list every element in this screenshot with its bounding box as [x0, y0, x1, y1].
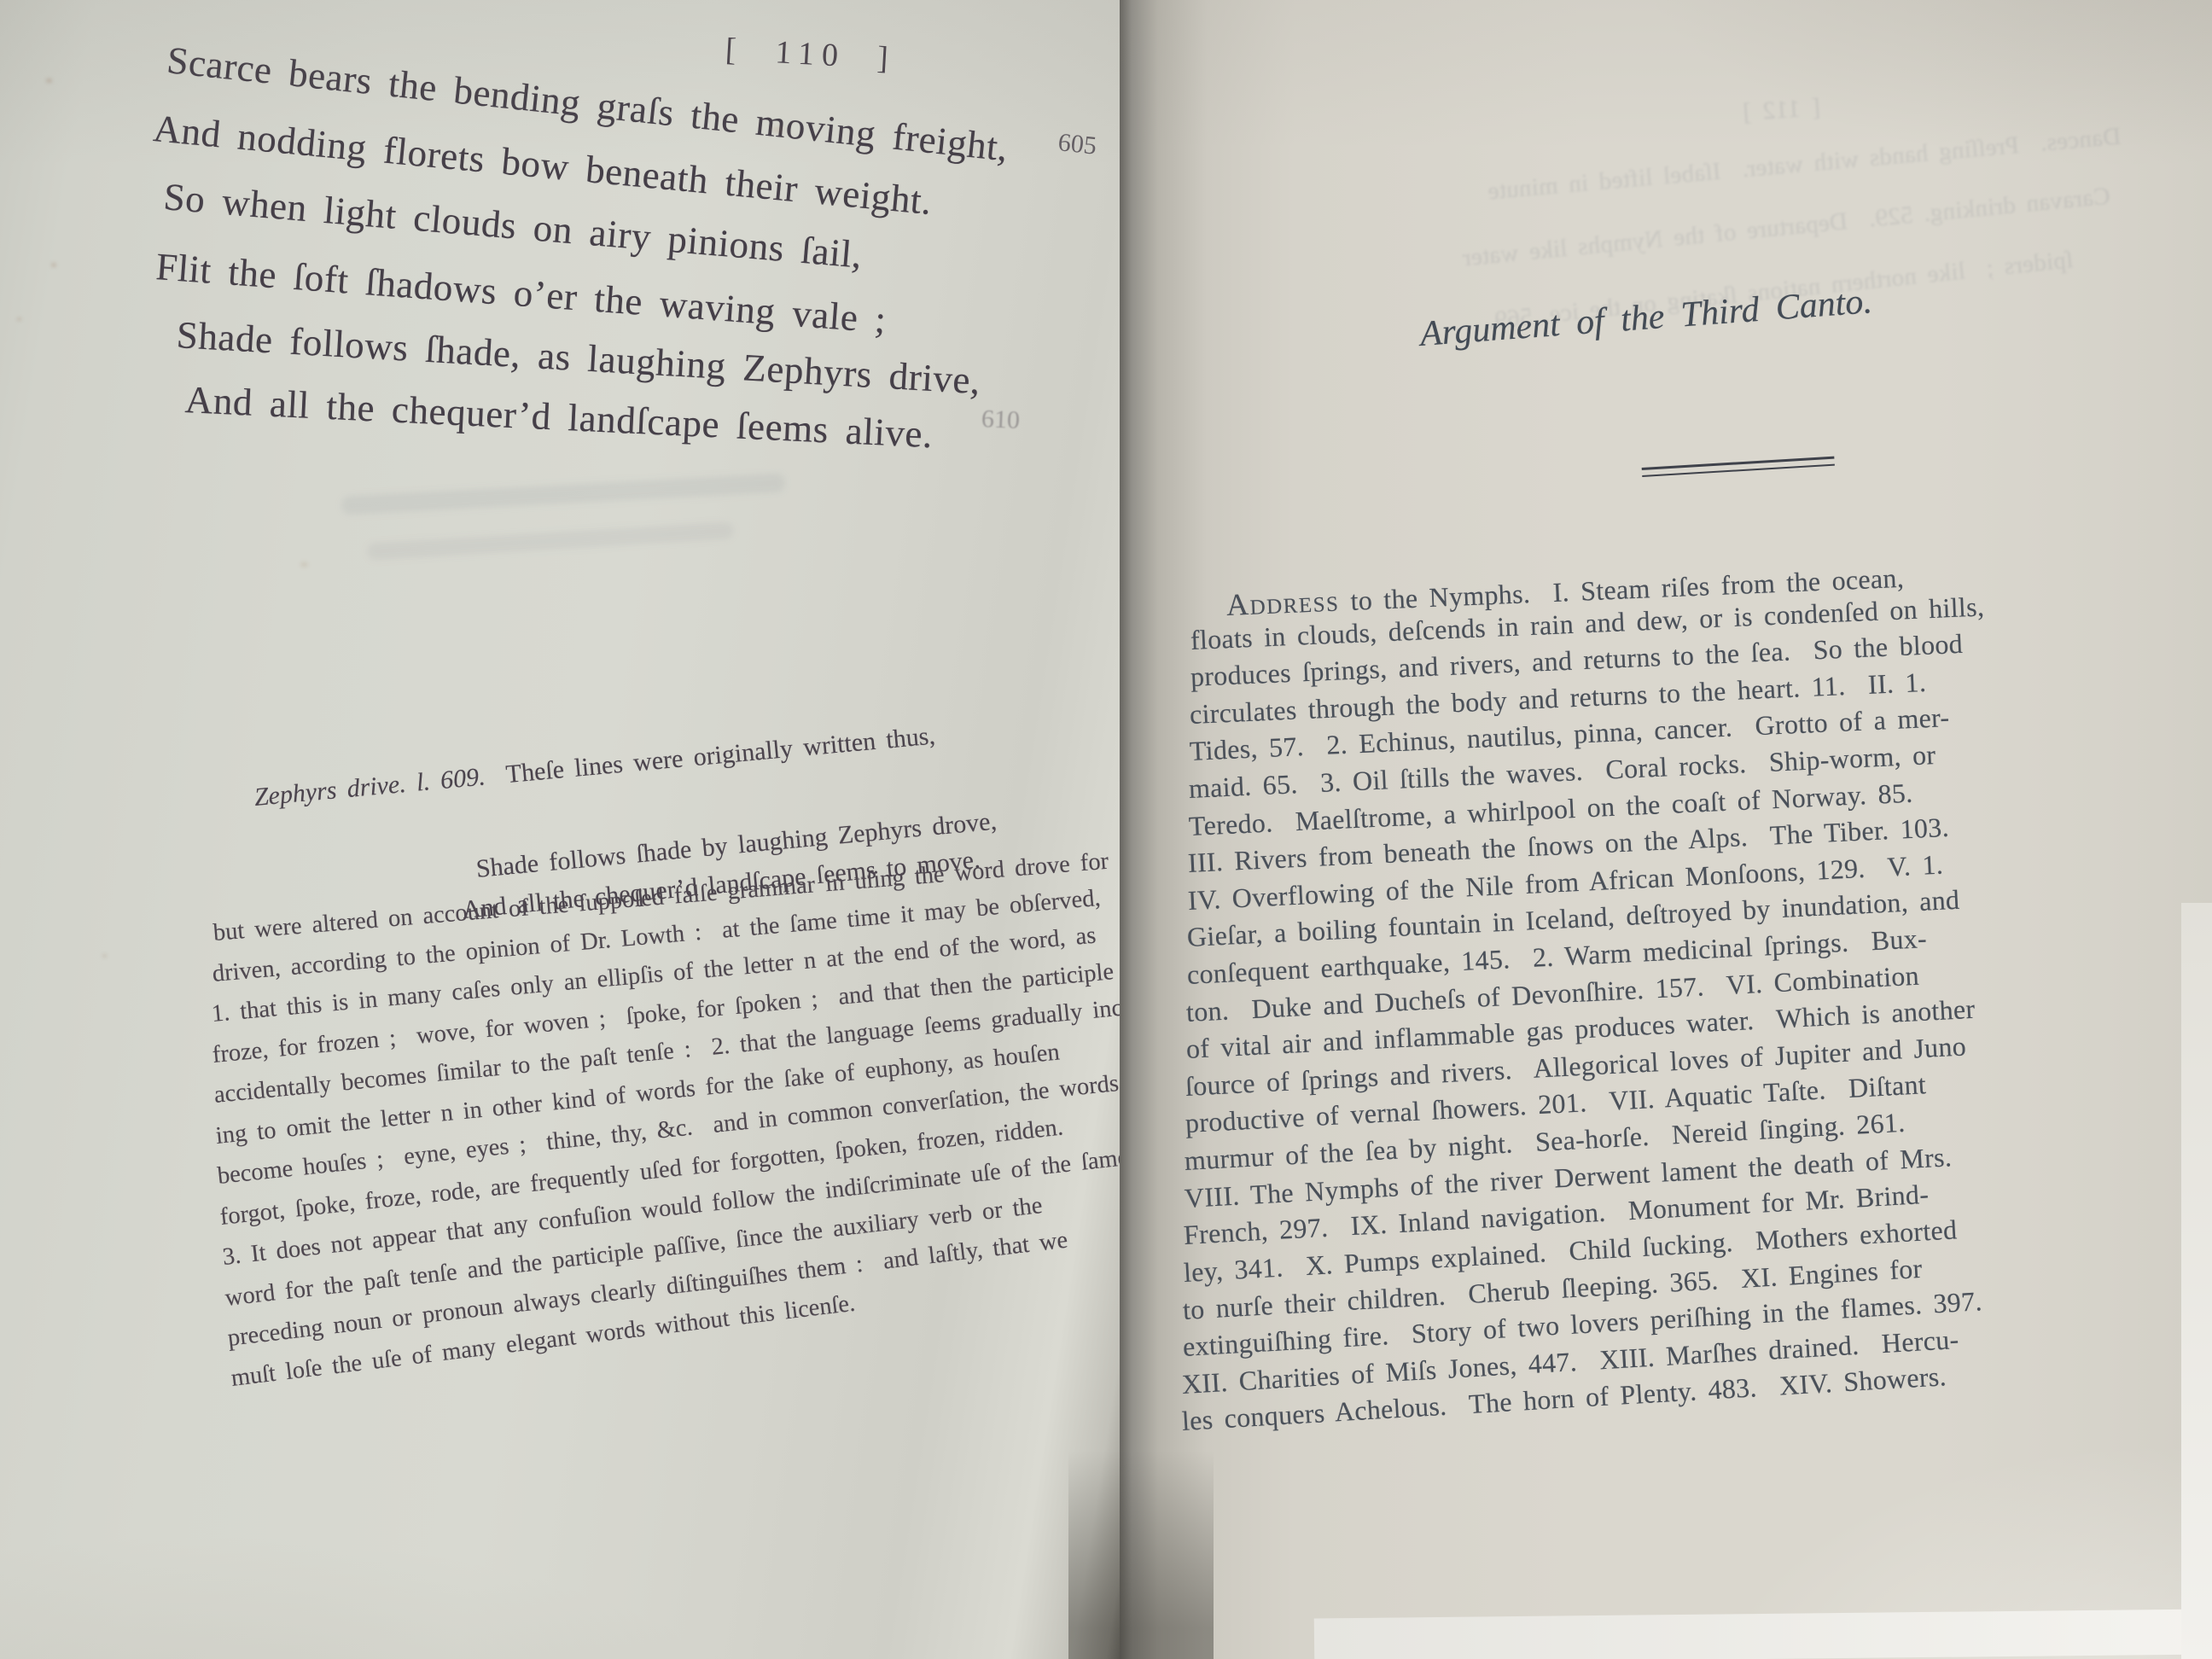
argument-line: les conquers Achelous. The horn of Plent… — [1181, 1360, 1947, 1437]
show-through-smudge — [367, 521, 734, 560]
argument-heading: Argument of the Third Canto. — [1418, 281, 1873, 355]
footnote-verse-line: And all the chequer’d landſcape ſeems to… — [461, 846, 981, 925]
footnote-line: accidentally becomes ſimilar to the paſt… — [212, 992, 1120, 1109]
poem-line: So when light clouds on airy pinions ſai… — [162, 174, 864, 277]
foxing-spot — [772, 126, 783, 133]
footnote-reference-text: Theſe lines were originally written thus… — [484, 721, 936, 790]
argument-line: floats in clouds, deſcends in rain and d… — [1190, 591, 1985, 656]
argument-line: to nurſe their children. Cherub ſleeping… — [1182, 1253, 1923, 1326]
argument-line: Address to the Nymphs. I. Steam riſes fr… — [1225, 559, 1905, 623]
book-photo: [ 110 ] Scarce bears the bending graſs t… — [0, 0, 2212, 1659]
argument-line: murmur of the ſea by night. Sea-horſe. N… — [1184, 1107, 1906, 1177]
right-page: [ 112 ] Dances. Preſſing hands with wate… — [1120, 0, 2212, 1659]
double-rule — [1642, 457, 1835, 477]
footnote-line: preceding noun or pronoun always clearly… — [226, 1227, 1069, 1353]
foxing-spot — [17, 317, 21, 321]
argument-line: IV. Overflowing of the Nile from African… — [1187, 849, 1944, 917]
argument-line: French, 297. IX. Inland navigation. Monu… — [1183, 1179, 1930, 1251]
argument-line: VIII. The Nymphs of the river Derwent la… — [1184, 1141, 1953, 1214]
footnote-line: driven, according to the opinion of Dr. … — [212, 885, 1102, 988]
foxing-spot — [300, 562, 308, 568]
argument-line: Teredo. Maelſtrome, a whirlpool on the c… — [1188, 777, 1913, 842]
footnote-line: 1. that this is in many caſes only an el… — [211, 923, 1097, 1028]
poem-line: And nodding florets bow beneath their we… — [152, 106, 934, 224]
poem-line-number: 610 — [981, 405, 1020, 435]
argument-line: Gieſar, a boiling fountain in Iceland, d… — [1186, 884, 1960, 953]
poem-line: Flit the ſoft ſhadows o’er the waving va… — [154, 244, 888, 342]
argument-line: Tides, 57. 2. Echinus, nautilus, pinna, … — [1189, 701, 1950, 767]
footnote-verse-line: Shade follows ſhade by laughing Zephyrs … — [474, 807, 998, 884]
page-edge-right — [2181, 903, 2212, 1659]
argument-line: ley, 341. X. Pumps explained. Child ſuck… — [1183, 1214, 1958, 1289]
footnote-line: muſt loſe the uſe of many elegant words … — [230, 1290, 857, 1393]
poem-line: And all the chequer’d landſcape ſeems al… — [184, 377, 934, 457]
poem-line: Scarce bears the bending graſs the movin… — [165, 38, 1010, 170]
footnote-line: become houſes ; eyne, eyes ; thine, thy,… — [216, 1070, 1120, 1190]
footnote-line: forgot, ſpoke, froze, rode, are frequent… — [218, 1115, 1064, 1231]
argument-line-text: to the Nymphs. I. Steam riſes from the o… — [1339, 562, 1905, 617]
argument-line: ton. Duke and Ducheſs of Devonſhire. 157… — [1185, 960, 1920, 1028]
argument-line: conſequent earthquake, 145. 2. Warm medi… — [1186, 923, 1928, 991]
poem-line-number: 605 — [1057, 128, 1097, 161]
argument-line: productive of vernal ſhowers. 201. VII. … — [1185, 1068, 1927, 1139]
foxing-spot — [46, 79, 52, 83]
footnote-line: froze, for frozen ; wove, for woven ; ſp… — [212, 958, 1115, 1069]
footnote-line: but were altered on account of the ſuppo… — [212, 848, 1110, 947]
show-through-page-number: [ 112 ] — [1742, 93, 1821, 127]
foxing-spot — [51, 263, 56, 267]
show-through-line: Dances. Preſſing hands with water. Iſabe… — [1487, 123, 2122, 207]
left-page-number: [ 110 ] — [725, 31, 897, 78]
footnote-line: word for the paſt tenſe and the particip… — [224, 1192, 1044, 1313]
foxing-spot — [102, 954, 107, 958]
argument-line: produces ſprings, and rivers, and return… — [1190, 628, 1963, 693]
left-page: [ 110 ] Scarce bears the bending graſs t… — [0, 0, 1120, 1659]
argument-line: extinguiſhing fire. Story of two lovers … — [1182, 1285, 1983, 1363]
show-through-line: Caravan drinking. 529. Departure of the … — [1461, 183, 2111, 273]
footnote-line: ing to omit the letter n in other kind o… — [214, 1039, 1061, 1150]
argument-line: of vital air and inflammable gas produce… — [1185, 993, 1976, 1065]
show-through-smudge — [341, 473, 785, 515]
gutter-shadow — [1068, 1451, 1214, 1659]
page-edge-bottom — [1314, 1609, 2212, 1659]
argument-line: circulates through the body and returns … — [1189, 667, 1927, 731]
address-lead-word: Address — [1225, 583, 1340, 622]
argument-line: XII. Charities of Miſs Jones, 447. XIII.… — [1181, 1324, 1960, 1400]
argument-line: maid. 65. 3. Oil ſtills the waves. Coral… — [1188, 739, 1936, 805]
show-through-line: ſpiders ; like northern nations ſkating … — [1487, 246, 2075, 335]
footnote-reference-lemma: Zephyrs drive. l. 609. — [253, 762, 486, 811]
footnote-line: 3. It does not appear that any confuſion… — [221, 1144, 1120, 1272]
argument-line: III. Rivers from beneath the ſnows on th… — [1187, 812, 1950, 879]
argument-line: ſource of ſprings and rivers. Allegorica… — [1185, 1030, 1967, 1103]
poem-line: Shade follows ſhade, as laughing Zephyrs… — [176, 312, 982, 403]
footnote-reference: Zephyrs drive. l. 609. Theſe lines were … — [253, 721, 936, 812]
